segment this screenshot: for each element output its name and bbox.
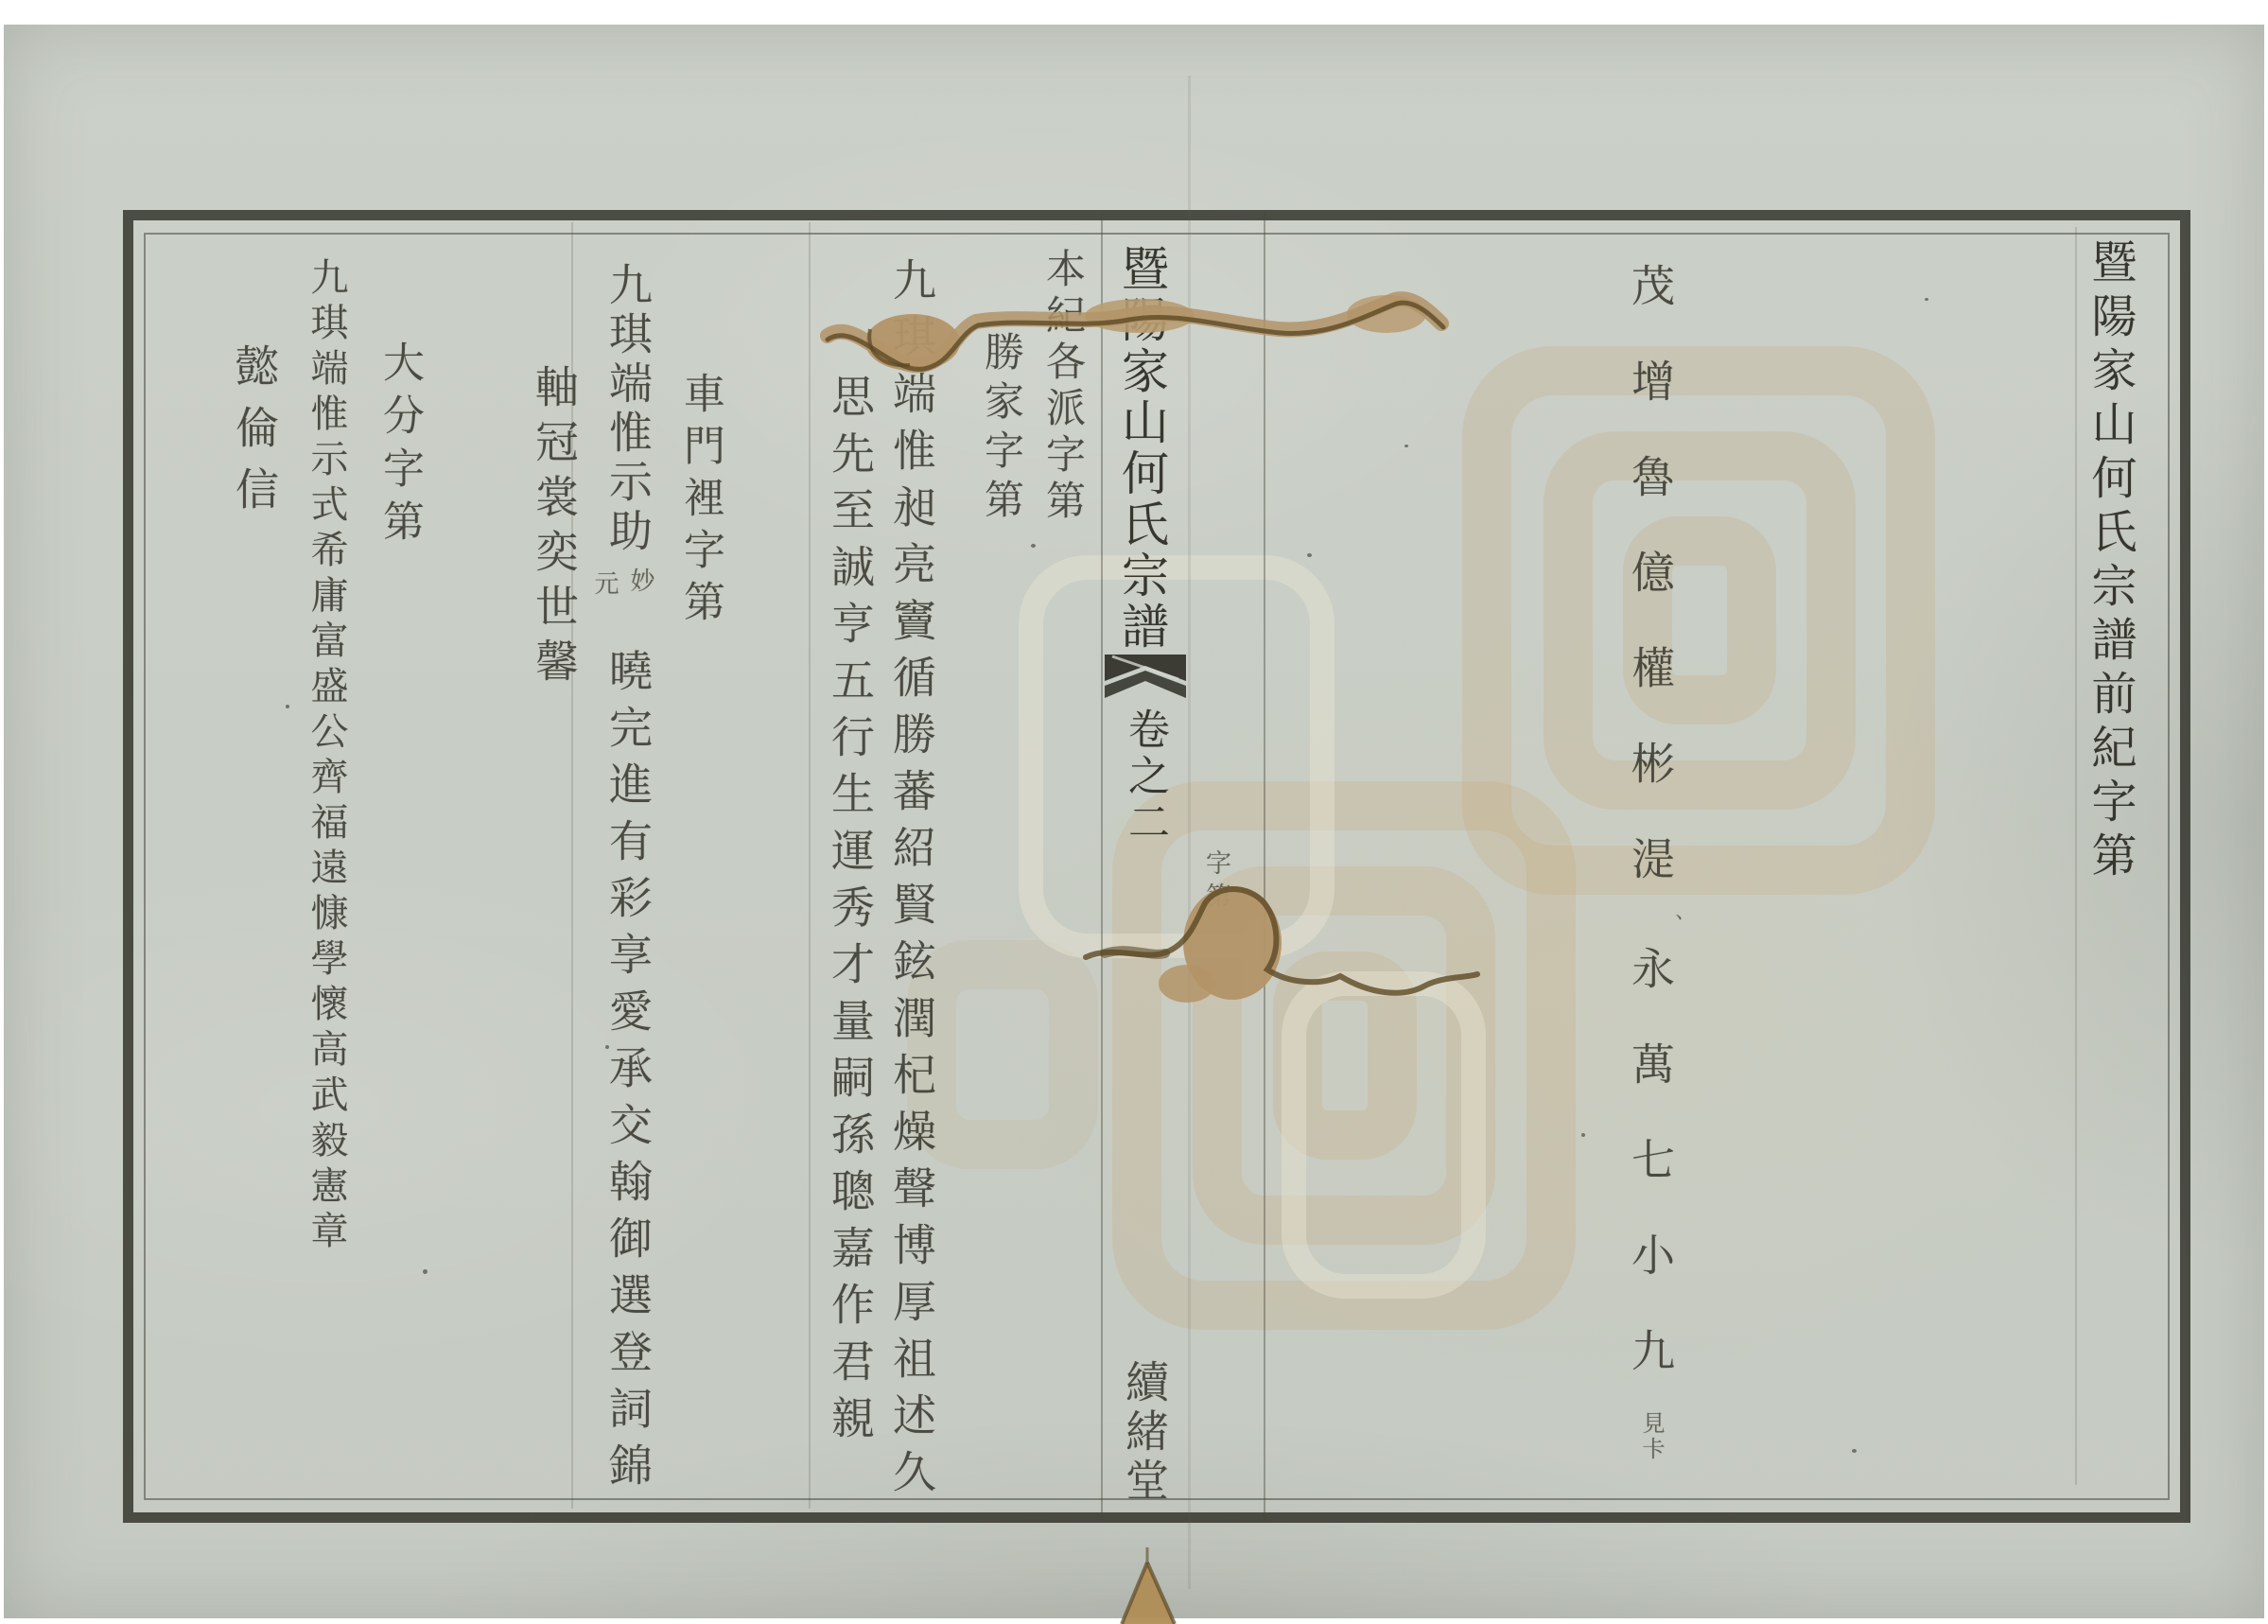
paper-tear-upper: [828, 295, 1443, 371]
paper-tears-layer: [0, 0, 2268, 1624]
paper-tear-fold: [1086, 886, 1477, 1003]
paper-tear-bottom: [1122, 1547, 1175, 1624]
scanned-genealogy-spread: 暨陽家山何氏宗譜前紀字第 茂增魯億權彬湜 、 永萬七小九 見卡 暨陽家山何氏宗譜…: [0, 0, 2268, 1624]
